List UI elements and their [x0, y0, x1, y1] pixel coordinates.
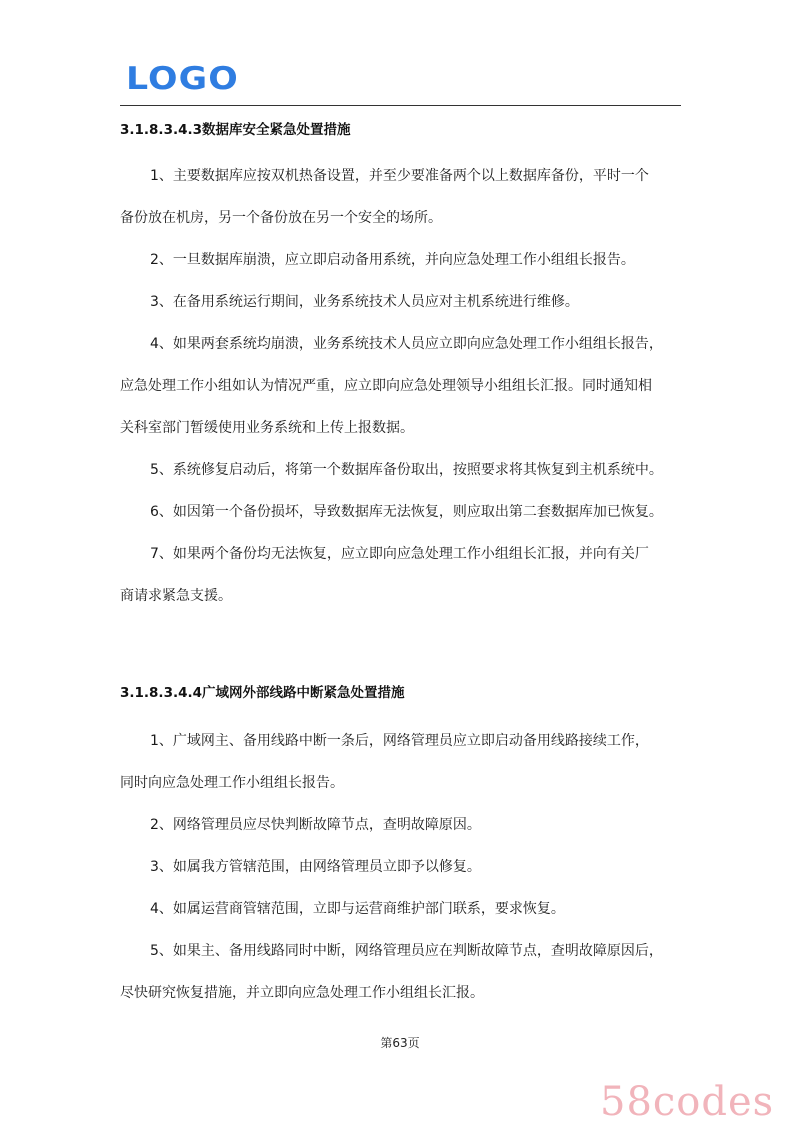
paragraph-line: 2、一旦数据库崩溃，应立即启动备用系统，并向应急处理工作小组组长报告。: [120, 250, 710, 270]
paragraph-line: 1、主要数据库应按双机热备设置，并至少要准备两个以上数据库备份，平时一个: [120, 166, 710, 186]
page-number: 第63页: [0, 1034, 800, 1051]
paragraph-line: 关科室部门暂缓使用业务系统和上传上报数据。: [120, 418, 680, 438]
section-heading: 3.1.8.3.4.4广域网外部线路中断紧急处置措施: [120, 683, 405, 703]
watermark: 58codes: [600, 1078, 774, 1126]
paragraph-line: 2、网络管理员应尽快判断故障节点，查明故障原因。: [120, 815, 710, 835]
paragraph-line: 4、如果两套系统均崩溃，业务系统技术人员应立即向应急处理工作小组组长报告，: [120, 334, 710, 354]
header-divider: [120, 105, 681, 106]
paragraph-line: 备份放在机房，另一个备份放在另一个安全的场所。: [120, 208, 680, 228]
paragraph-line: 应急处理工作小组如认为情况严重，应立即向应急处理领导小组组长汇报。同时通知相: [120, 376, 680, 396]
paragraph-line: 同时向应急处理工作小组组长报告。: [120, 773, 680, 793]
paragraph-line: 商请求紧急支援。: [120, 586, 680, 606]
paragraph-line: 5、系统修复启动后，将第一个数据库备份取出，按照要求将其恢复到主机系统中。: [120, 460, 710, 480]
paragraph-line: 尽快研究恢复措施，并立即向应急处理工作小组组长汇报。: [120, 983, 680, 1003]
paragraph-line: 7、如果两个备份均无法恢复，应立即向应急处理工作小组组长汇报，并向有关厂: [120, 544, 710, 564]
paragraph-line: 4、如属运营商管辖范围，立即与运营商维护部门联系，要求恢复。: [120, 899, 710, 919]
section-heading: 3.1.8.3.4.3数据库安全紧急处置措施: [120, 120, 351, 140]
paragraph-line: 3、如属我方管辖范围，由网络管理员立即予以修复。: [120, 857, 710, 877]
paragraph-line: 1、广域网主、备用线路中断一条后，网络管理员应立即启动备用线路接续工作，: [120, 731, 710, 751]
paragraph-line: 6、如因第一个备份损坏，导致数据库无法恢复，则应取出第二套数据库加已恢复。: [120, 502, 710, 522]
paragraph-line: 3、在备用系统运行期间，业务系统技术人员应对主机系统进行维修。: [120, 292, 710, 312]
logo: LOGO: [126, 62, 239, 96]
paragraph-line: 5、如果主、备用线路同时中断，网络管理员应在判断故障节点，查明故障原因后，: [120, 941, 710, 961]
